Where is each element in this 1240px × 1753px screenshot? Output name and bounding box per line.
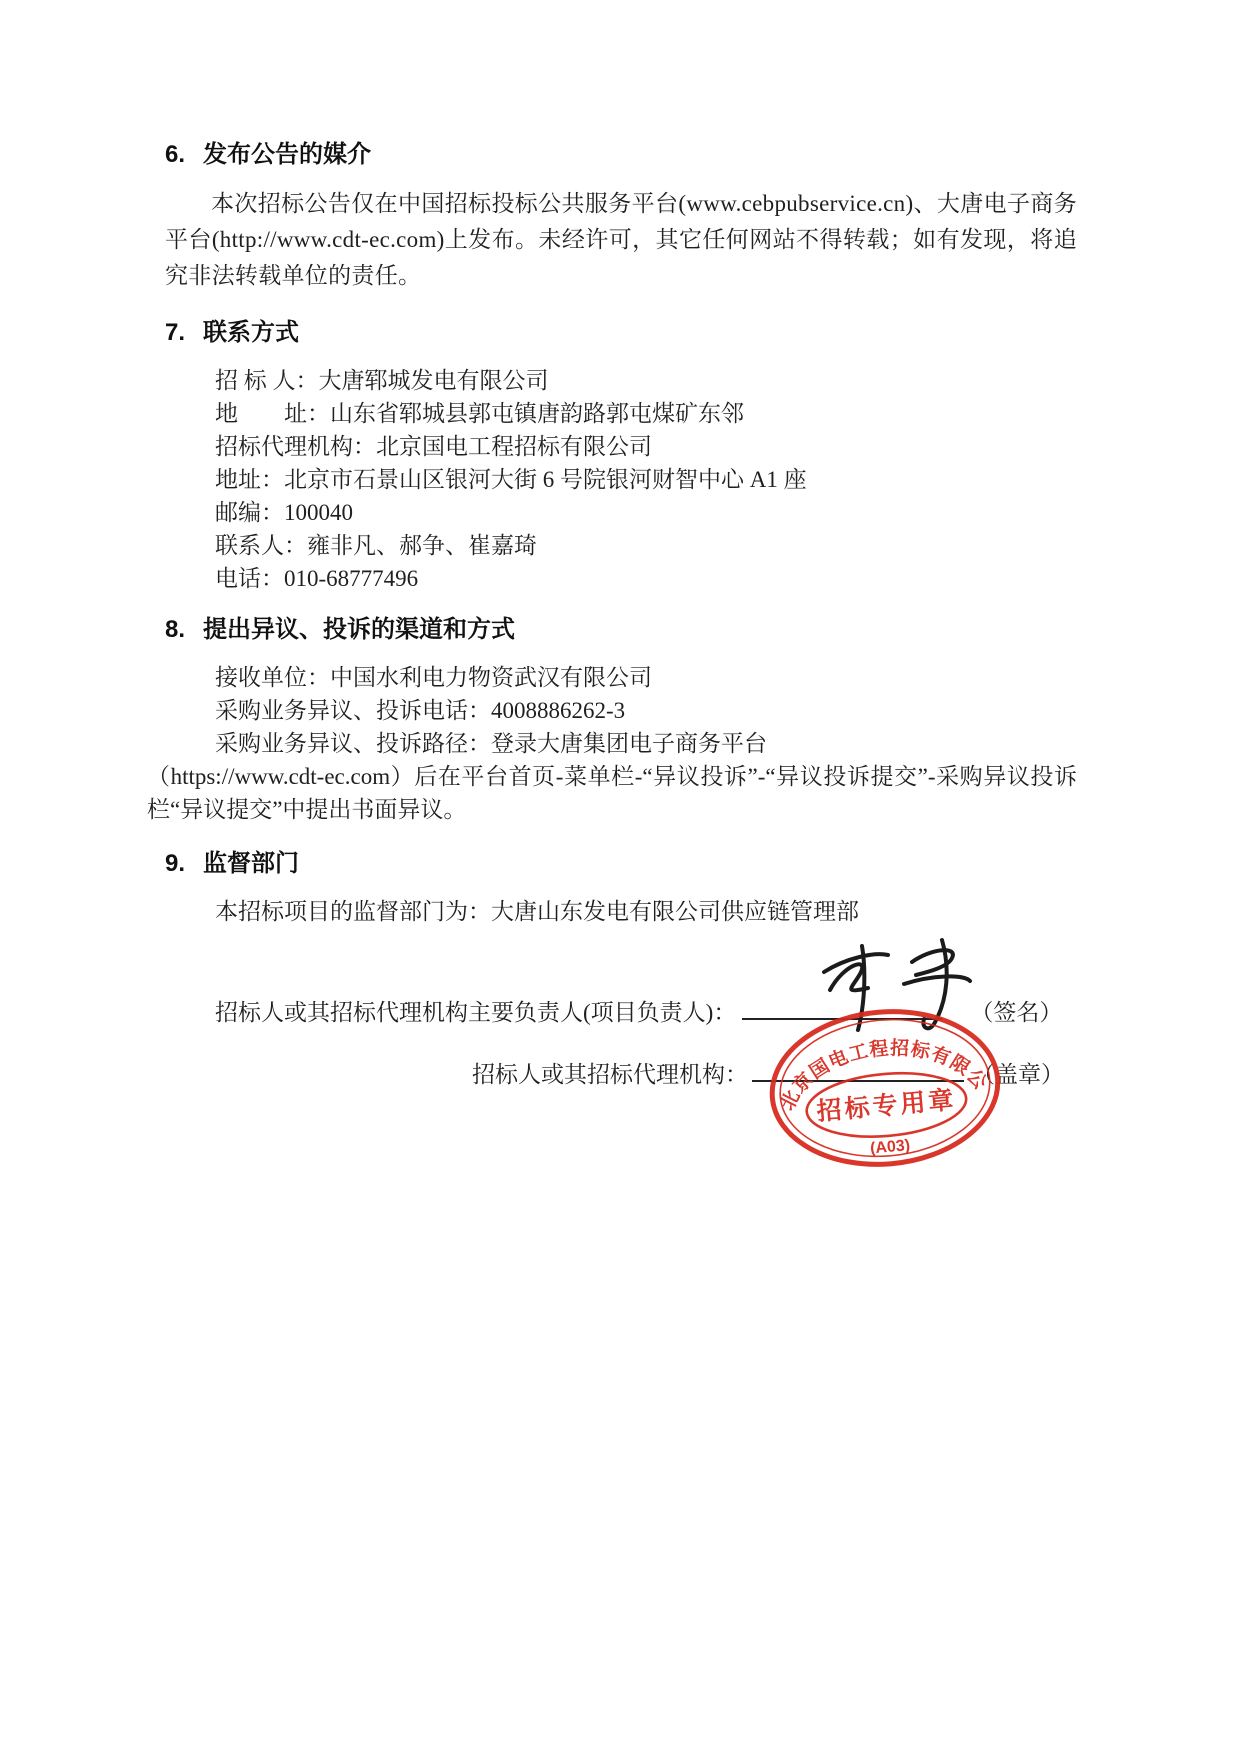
seal-code: (A03) bbox=[869, 1137, 910, 1157]
section-6-heading: 6. 发布公告的媒介 bbox=[165, 140, 1077, 170]
section-8-number: 8. bbox=[165, 615, 185, 645]
seal-center-text: 招标专用章 bbox=[815, 1085, 957, 1126]
section-7-number: 7. bbox=[165, 318, 185, 348]
section-8-title: 提出异议、投诉的渠道和方式 bbox=[203, 615, 515, 645]
section-6-paragraph: 本次招标公告仅在中国招标投标公共服务平台(www.cebpubservice.c… bbox=[165, 186, 1077, 294]
section-9-heading: 9. 监督部门 bbox=[165, 849, 1077, 879]
supervision-department-line: 本招标项目的监督部门为：大唐山东发电有限公司供应链管理部 bbox=[165, 895, 1077, 928]
contact-line-postcode: 邮编：100040 bbox=[165, 496, 1077, 529]
section-7-heading: 7. 联系方式 bbox=[165, 318, 1077, 348]
company-seal: 北京国电工程招标有限公司 招标专用章 (A03) bbox=[758, 996, 1011, 1181]
section-6-title: 发布公告的媒介 bbox=[203, 140, 371, 170]
contact-line-phone: 电话：010-68777496 bbox=[165, 562, 1077, 595]
section-6-number: 6. bbox=[165, 140, 185, 170]
signature-area: 招标人或其招标代理机构主要负责人(项目负责人)： （签名） 郝争 招标人或其招标… bbox=[165, 928, 1077, 1288]
contact-line-contacts: 联系人：雍非凡、郝争、崔嘉琦 bbox=[165, 529, 1077, 562]
contact-line-tenderer: 招 标 人：大唐郓城发电有限公司 bbox=[165, 364, 1077, 397]
objection-path-line: 采购业务异议、投诉路径：登录大唐集团电子商务平台 bbox=[165, 727, 1077, 760]
agency-stamp-label: 招标人或其招标代理机构： bbox=[472, 1060, 748, 1090]
document-content: 6. 发布公告的媒介 本次招标公告仅在中国招标投标公共服务平台(www.cebp… bbox=[165, 140, 1077, 1288]
contact-line-tenderer-address: 地 址：山东省郓城县郭屯镇唐韵路郭屯煤矿东邻 bbox=[165, 397, 1077, 430]
leader-signature-label: 招标人或其招标代理机构主要负责人(项目负责人)： bbox=[215, 998, 736, 1028]
section-9-number: 9. bbox=[165, 849, 185, 879]
contact-line-agency: 招标代理机构：北京国电工程招标有限公司 bbox=[165, 430, 1077, 463]
section-8-heading: 8. 提出异议、投诉的渠道和方式 bbox=[165, 615, 1077, 645]
objection-receiver-line: 接收单位：中国水利电力物资武汉有限公司 bbox=[165, 661, 1077, 694]
contact-line-agency-address: 地址：北京市石景山区银河大街 6 号院银河财智中心 A1 座 bbox=[165, 463, 1077, 496]
section-9-title: 监督部门 bbox=[203, 849, 299, 879]
section-7-title: 联系方式 bbox=[203, 318, 299, 348]
document-page: 6. 发布公告的媒介 本次招标公告仅在中国招标投标公共服务平台(www.cebp… bbox=[0, 0, 1240, 1753]
objection-phone-line: 采购业务异议、投诉电话：4008886262-3 bbox=[165, 694, 1077, 727]
objection-path-continuation: （https://www.cdt-ec.com）后在平台首页-菜单栏-“异议投诉… bbox=[147, 760, 1077, 826]
